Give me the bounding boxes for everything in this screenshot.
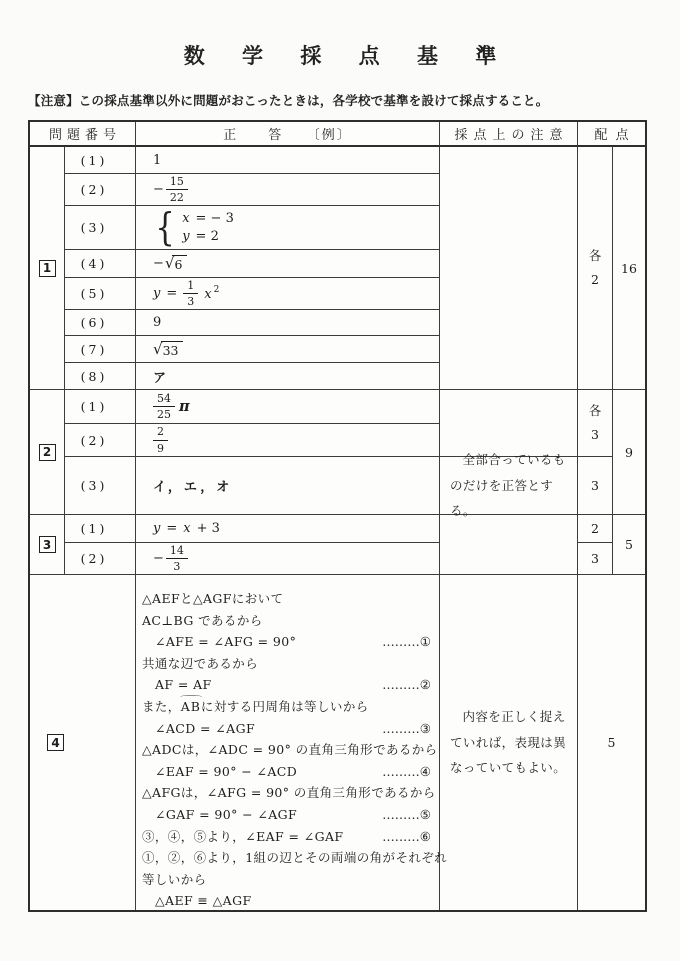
points-each-section-2: 各 3: [578, 390, 613, 457]
rubric-table: 問題番号 正 答 〔例〕 採点上の注意 配点 1 (1) (2) (3) (4)…: [28, 120, 647, 912]
item-3-2-number: (2): [65, 543, 136, 575]
section-3-box: 3: [39, 536, 56, 553]
proof-line: ①，②，⑥より，1組の辺とその両端の角がそれぞれ: [142, 847, 431, 869]
answer-1-7: √33: [136, 336, 440, 363]
equation-system: x= − 3 y= 2: [182, 211, 234, 244]
header-points: 配点: [578, 122, 645, 147]
fraction: 13: [183, 279, 198, 308]
item-1-6-number: (6): [65, 310, 136, 336]
fraction: 1522: [166, 175, 188, 204]
section-1-box: 1: [39, 260, 56, 277]
answer-value: イ，エ，オ: [153, 476, 232, 495]
header-question-number: 問題番号: [30, 122, 136, 147]
answer-1-5: y = 13 x2: [136, 278, 440, 310]
section-4-box: 4: [47, 734, 64, 751]
points-total-section-4: 5: [578, 575, 645, 910]
item-1-5-number: (5): [65, 278, 136, 310]
answer-3-1: y = x + 3: [136, 515, 440, 543]
answer-2-1: 5425 π: [136, 390, 440, 424]
proof-line: △AEF ≡ △AGF: [142, 890, 431, 912]
item-3-1-number: (1): [65, 515, 136, 543]
answer-4-proof: △AEFと△AGFにおいて AC⊥BG であるから ∠AFE = ∠AFG = …: [136, 575, 440, 910]
points-total-section-1: 16: [613, 147, 645, 390]
item-1-1-number: (1): [65, 147, 136, 174]
answer-value: 1: [153, 153, 161, 168]
section-2-number-cell: 2: [30, 390, 65, 515]
proof-line: ∠GAF = 90° − ∠AGF………⑤: [142, 804, 431, 826]
header-correct-answer: 正 答 〔例〕: [136, 122, 440, 147]
section-2-box: 2: [39, 444, 56, 461]
item-1-4-number: (4): [65, 250, 136, 278]
item-1-2-number: (2): [65, 174, 136, 206]
section-4-number-cell: 4: [30, 575, 136, 910]
arc-over-AB: ⌒AB: [181, 696, 201, 718]
item-1-3-number: (3): [65, 206, 136, 250]
item-1-8-number: (8): [65, 363, 136, 390]
proof-line: △AFGは，∠AFG = 90° の直角三角形であるから: [142, 782, 431, 804]
fraction: 29: [153, 425, 168, 454]
answer-1-1: 1: [136, 147, 440, 174]
proof-line: △ADCは，∠ADC = 90° の直角三角形であるから: [142, 739, 431, 761]
proof-line: ∠EAF = 90° − ∠ACD………④: [142, 761, 431, 783]
proof-line: AC⊥BG であるから: [142, 610, 431, 632]
proof-line: ∠ACD = ∠AGF………③: [142, 718, 431, 740]
answer-1-3: { x= − 3 y= 2: [136, 206, 440, 250]
points-section-3-item-1: 2: [578, 515, 613, 543]
square-root: √33: [153, 341, 183, 358]
proof-line: 共通な辺であるから: [142, 653, 431, 675]
points-section-3-item-2: 3: [578, 543, 613, 575]
proof-line: また，⌒ABに対する円周角は等しいから: [142, 696, 431, 718]
header-scoring-note: 採点上の注意: [440, 122, 578, 147]
fraction: 5425: [153, 392, 175, 421]
answer-1-8: ア: [136, 363, 440, 390]
arc-icon: ⌒: [170, 692, 212, 708]
note-section-1: [440, 147, 578, 390]
minus-sign: −: [153, 256, 164, 271]
square-root: √6: [165, 255, 188, 272]
points-section-2-item-3: 3: [578, 457, 613, 515]
note-section-2-item-3: 全部合っているものだけを正答とする。: [440, 457, 578, 515]
notice-text: 【注意】この採点基準以外に問題がおこったときは，各学校で基準を設けて採点すること…: [28, 91, 680, 109]
page-title: 数 学 採 点 基 準: [0, 0, 680, 70]
system-brace: {: [155, 210, 174, 244]
item-2-1-number: (1): [65, 390, 136, 424]
item-2-2-number: (2): [65, 424, 136, 457]
points-total-section-3: 5: [613, 515, 645, 575]
proof-line: ③，④，⑤より，∠EAF = ∠GAF………⑥: [142, 826, 431, 848]
rubric-page: 数 学 採 点 基 準 【注意】この採点基準以外に問題がおこったときは，各学校で…: [0, 0, 680, 961]
answer-value: ア: [153, 367, 169, 386]
proof-line: 等しいから: [142, 869, 431, 891]
answer-3-2: − 143: [136, 543, 440, 575]
points-total-section-2: 9: [613, 390, 645, 515]
note-section-3: [440, 515, 578, 575]
proof-line: ∠AFE = ∠AFG = 90°………①: [142, 631, 431, 653]
item-1-7-number: (7): [65, 336, 136, 363]
answer-1-4: − √6: [136, 250, 440, 278]
answer-2-2: 29: [136, 424, 440, 457]
section-3-number-cell: 3: [30, 515, 65, 575]
minus-sign: −: [153, 551, 164, 566]
answer-value: 9: [153, 315, 161, 330]
answer-1-6: 9: [136, 310, 440, 336]
fraction: 143: [166, 544, 188, 573]
section-1-number-cell: 1: [30, 147, 65, 390]
minus-sign: −: [153, 182, 164, 197]
proof-line: △AEFと△AGFにおいて: [142, 588, 431, 610]
note-section-4: 内容を正しく捉えていれば，表現は異なっていてもよい。: [440, 575, 578, 910]
answer-1-2: − 1522: [136, 174, 440, 206]
item-2-3-number: (3): [65, 457, 136, 515]
pi-symbol: π: [179, 398, 190, 415]
points-each-section-1: 各 2: [578, 147, 613, 390]
answer-2-3: イ，エ，オ: [136, 457, 440, 515]
